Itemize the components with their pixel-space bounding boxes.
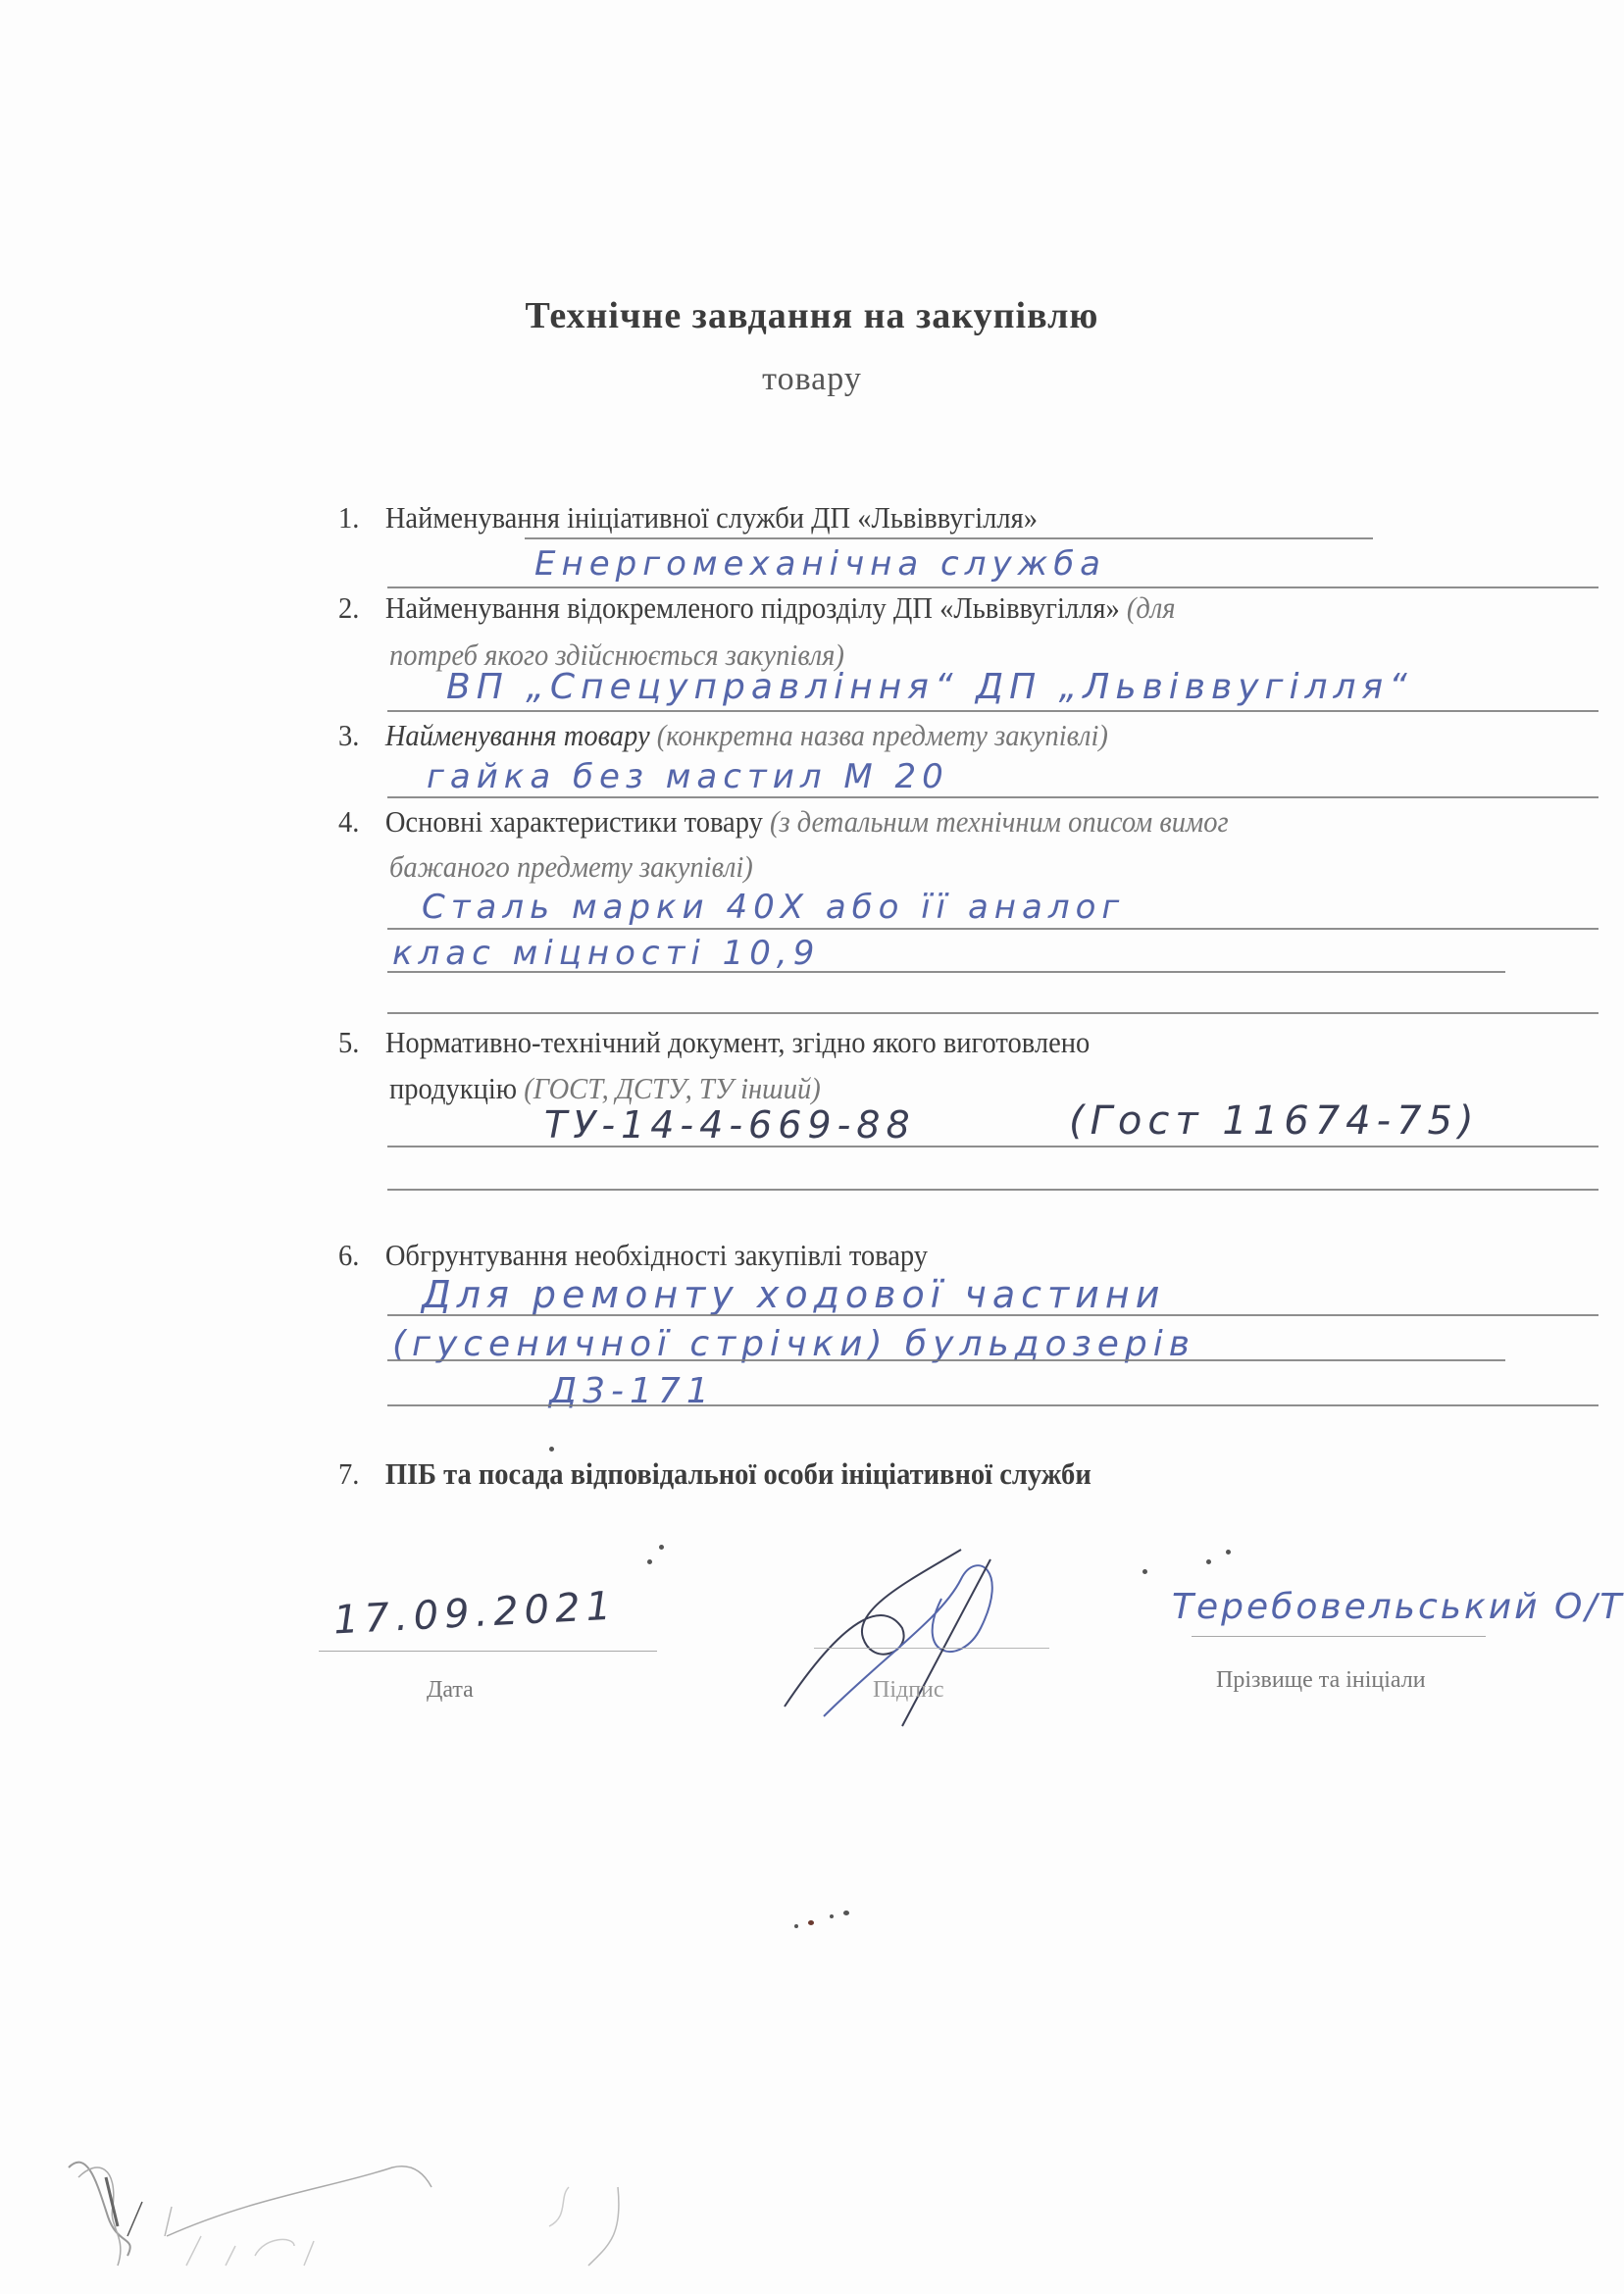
section-3-text: Найменування товару (385, 718, 650, 752)
section-1-label-underline (525, 537, 1373, 539)
section-5-handwritten-value-1: ТУ-14-4-669-88 (544, 1103, 916, 1147)
section-7-text: ПІБ та посада відповідальної особи ініці… (385, 1456, 1091, 1491)
name-handwritten-value: Теребовельський О/Т (1172, 1587, 1624, 1627)
section-number: 6. (338, 1238, 385, 1273)
section-4-hint-text: бажаного предмету закупівлі) (389, 849, 753, 884)
signature-scribble-icon (765, 1540, 1020, 1736)
section-5-text: Нормативно-технічний документ, згідно як… (385, 1025, 1090, 1059)
section-1-answer-line (387, 586, 1599, 588)
section-7-label: 7.ПІБ та посада відповідальної особи іні… (338, 1456, 1091, 1492)
scan-speck (1142, 1569, 1147, 1574)
section-number: 5. (338, 1025, 385, 1060)
section-2-label: 2.Найменування відокремленого підрозділу… (338, 590, 1176, 626)
section-5-answer-line-1 (387, 1146, 1599, 1147)
pencil-marks-icon (59, 2128, 843, 2266)
section-3-handwritten-value: гайка без мастил М 20 (427, 757, 949, 796)
document-subtitle: товару (0, 361, 1624, 398)
section-6-text: Обгрунтування необхідності закупівлі тов… (385, 1238, 928, 1272)
section-number: 3. (338, 718, 385, 753)
section-2-hint: (для (1127, 590, 1176, 625)
date-line (319, 1651, 657, 1652)
section-4-answer-line-2 (387, 971, 1505, 973)
section-6-answer-line-3 (387, 1404, 1599, 1406)
section-6-answer-line-1 (387, 1314, 1599, 1316)
scan-speck (647, 1559, 652, 1564)
section-6-handwritten-line-1: Для ремонту ходової частини (422, 1273, 1165, 1316)
scan-speck (794, 1924, 798, 1928)
scan-speck (549, 1447, 554, 1452)
signature-caption: Підпис (873, 1677, 944, 1704)
section-1-text: Найменування ініціативної служби ДП «Льв… (385, 500, 1038, 535)
section-number: 7. (338, 1456, 385, 1492)
section-5-label-line2: продукцію (ГОСТ, ДСТУ, ТУ інший) (389, 1071, 821, 1106)
name-caption: Прізвище та ініціали (1216, 1667, 1426, 1694)
date-handwritten-value: 17.09.2021 (332, 1583, 618, 1643)
section-3-answer-line (387, 796, 1599, 798)
section-4-text: Основні характеристики товару (385, 804, 763, 839)
scanned-document-page: Технічне завдання на закупівлю товару 1.… (0, 0, 1624, 2294)
section-1-handwritten-value: Енергомеханічна служба (534, 544, 1106, 584)
document-title: Технічне завдання на закупівлю (0, 294, 1624, 337)
scan-speck (659, 1545, 664, 1550)
date-caption: Дата (427, 1677, 474, 1704)
section-1-label: 1.Найменування ініціативної служби ДП «Л… (338, 500, 1038, 535)
name-line (1192, 1636, 1486, 1637)
section-5-hint: (ГОСТ, ДСТУ, ТУ інший) (524, 1071, 821, 1105)
section-2-answer-line (387, 710, 1599, 712)
scan-speck (830, 1914, 834, 1918)
section-4-handwritten-line-1: Сталь марки 40Х або її аналог (422, 888, 1125, 927)
section-5-handwritten-value-2: (Гост 11674-75) (1069, 1098, 1480, 1144)
section-4-answer-line-3 (387, 1012, 1599, 1014)
section-4-hint: (з детальним технічним описом вимог (770, 804, 1229, 839)
section-5-answer-line-2 (387, 1189, 1599, 1191)
section-5-label: 5.Нормативно-технічний документ, згідно … (338, 1025, 1090, 1060)
scan-speck (843, 1911, 849, 1915)
section-6-answer-line-2 (387, 1359, 1505, 1361)
scan-speck (1206, 1559, 1211, 1564)
section-4-hint-line2: бажаного предмету закупівлі) (389, 849, 753, 885)
section-3-label: 3.Найменування товару (конкретна назва п… (338, 718, 1108, 753)
section-5-text-line2: продукцію (389, 1071, 517, 1105)
section-number: 1. (338, 500, 385, 535)
section-4-label: 4.Основні характеристики товару (з детал… (338, 804, 1229, 840)
section-6-handwritten-line-2: (гусеничної стрічки) бульдозерів (392, 1324, 1195, 1364)
section-6-label: 6.Обгрунтування необхідності закупівлі т… (338, 1238, 928, 1273)
section-4-answer-line-1 (387, 928, 1599, 930)
section-2-text: Найменування відокремленого підрозділу Д… (385, 590, 1120, 625)
signature-line (814, 1648, 1049, 1649)
section-number: 2. (338, 590, 385, 626)
section-4-handwritten-line-2: клас міцності 10,9 (392, 934, 820, 973)
section-3-hint: (конкретна назва предмету закупівлі) (657, 718, 1108, 752)
section-2-handwritten-value: ВП „Спецуправління“ ДП „Львіввугілля“ (446, 667, 1413, 707)
section-number: 4. (338, 804, 385, 840)
scan-speck (1226, 1550, 1231, 1555)
scan-speck (808, 1920, 814, 1925)
